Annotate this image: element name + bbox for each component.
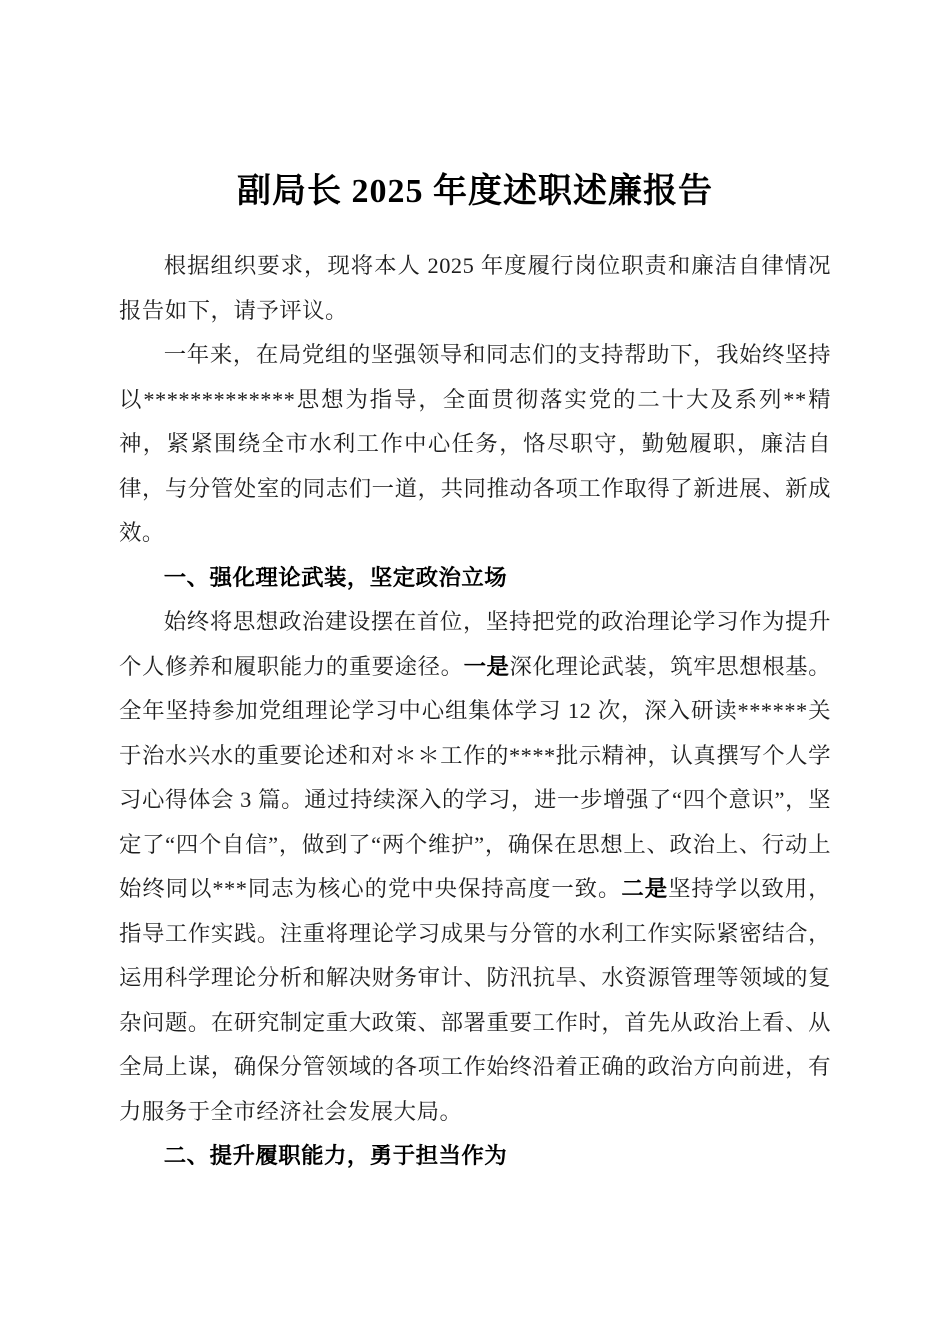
text-run: 深化理论武装，筑牢思想根基。全年坚持参加党组理论学习中心组集体学习 12 次，深… <box>119 654 831 902</box>
bold-text-run: 一、强化理论武装，坚定政治立场 <box>164 565 507 590</box>
paragraph: 始终将思想政治建设摆在首位，坚持把党的政治理论学习作为提升个人修养和履职能力的重… <box>119 600 831 1134</box>
paragraph: 一年来，在局党组的坚强领导和同志们的支持帮助下，我始终坚持以**********… <box>119 333 831 556</box>
document-body: 根据组织要求，现将本人 2025 年度履行岗位职责和廉洁自律情况报告如下，请予评… <box>119 244 831 1179</box>
section-heading: 二、提升履职能力，勇于担当作为 <box>119 1134 831 1179</box>
text-run: 一年来，在局党组的坚强领导和同志们的支持帮助下，我始终坚持以**********… <box>119 342 831 545</box>
bold-text-run: 二是 <box>621 876 668 901</box>
text-run: 根据组织要求，现将本人 2025 年度履行岗位职责和廉洁自律情况报告如下，请予评… <box>119 253 831 323</box>
section-heading: 一、强化理论武装，坚定政治立场 <box>119 556 831 601</box>
document-title: 副局长 2025 年度述职述廉报告 <box>119 162 831 222</box>
bold-text-run: 一是 <box>464 654 510 679</box>
bold-text-run: 二、提升履职能力，勇于担当作为 <box>164 1143 507 1168</box>
document-page: 副局长 2025 年度述职述廉报告 根据组织要求，现将本人 2025 年度履行岗… <box>0 0 950 1344</box>
text-run: 坚持学以致用，指导工作实践。注重将理论学习成果与分管的水利工作实际紧密结合，运用… <box>119 876 831 1124</box>
paragraph: 根据组织要求，现将本人 2025 年度履行岗位职责和廉洁自律情况报告如下，请予评… <box>119 244 831 333</box>
